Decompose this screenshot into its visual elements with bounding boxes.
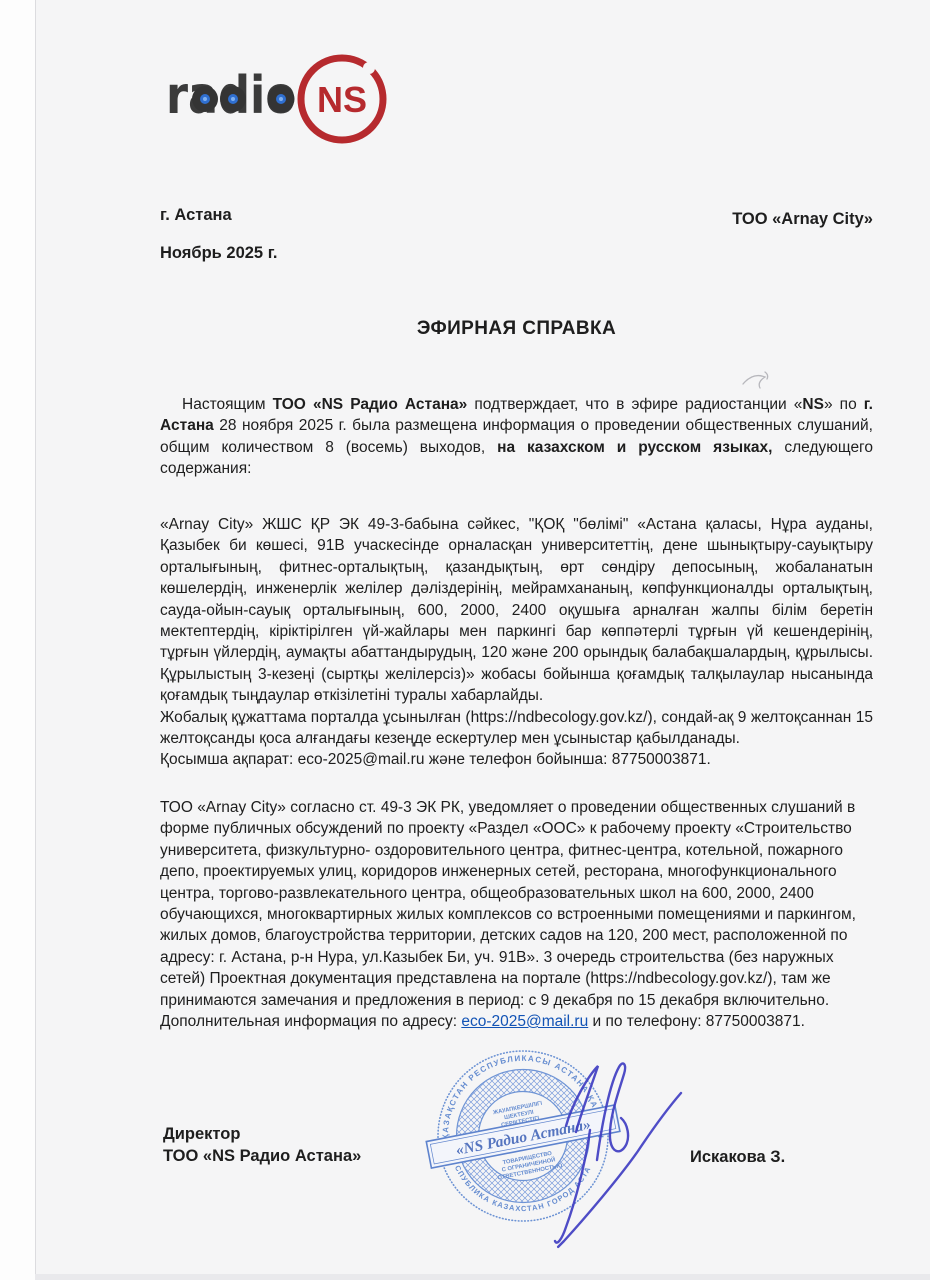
signoff-role: Директор	[163, 1125, 240, 1144]
kazakh-portal-paragraph: Жобалық құжаттама порталда ұсынылған (ht…	[160, 707, 873, 750]
pencil-scribble-artifact	[735, 368, 785, 398]
text-run: и по телефону: 87750003871.	[588, 1013, 805, 1030]
scan-edge-shadow	[35, 1274, 930, 1280]
text-run: ТОО «NS Радио Астана»	[273, 396, 468, 413]
radio-ns-logo: radio NS	[150, 52, 450, 167]
logo-badge-text: NS	[317, 79, 367, 120]
document-date: Ноябрь 2025 г.	[160, 244, 278, 263]
text-run: ТОО «Arnay City» согласно ст. 49-3 ЭК РК…	[160, 799, 856, 1030]
kazakh-contact-line: Қосымша ақпарат: eco-2025@mail.ru және т…	[160, 749, 873, 770]
text-run: » по	[824, 396, 864, 413]
signature-ink	[540, 1048, 725, 1258]
text-run: на казахском и русском языках,	[497, 439, 772, 456]
kazakh-announcement-paragraph: «Arnay City» ЖШС ҚР ЭК 49-3-бабына сәйке…	[160, 514, 873, 707]
email-link[interactable]: eco-2025@mail.ru	[461, 1013, 588, 1030]
text-run: подтверждает, что в эфире радиостанции «	[467, 396, 802, 413]
document-title: ЭФИРНАЯ СПРАВКА	[160, 318, 873, 340]
text-run: Настоящим	[182, 396, 273, 413]
kazakh-section: «Arnay City» ЖШС ҚР ЭК 49-3-бабына сәйке…	[160, 514, 873, 771]
russian-announcement-paragraph: ТОО «Arnay City» согласно ст. 49-3 ЭК РК…	[160, 797, 873, 1032]
signoff-company: ТОО «NS Радио Астана»	[163, 1147, 361, 1166]
addressee-company: ТОО «Arnay City»	[160, 210, 873, 229]
intro-paragraph: Настоящим ТОО «NS Радио Астана» подтверж…	[160, 394, 873, 480]
scanned-document-page: radio NS г. Астана ТОО «Arnay City» Нояб…	[0, 0, 930, 1280]
text-run: NS	[802, 396, 824, 413]
ns-badge-circle-icon: NS	[301, 58, 383, 140]
